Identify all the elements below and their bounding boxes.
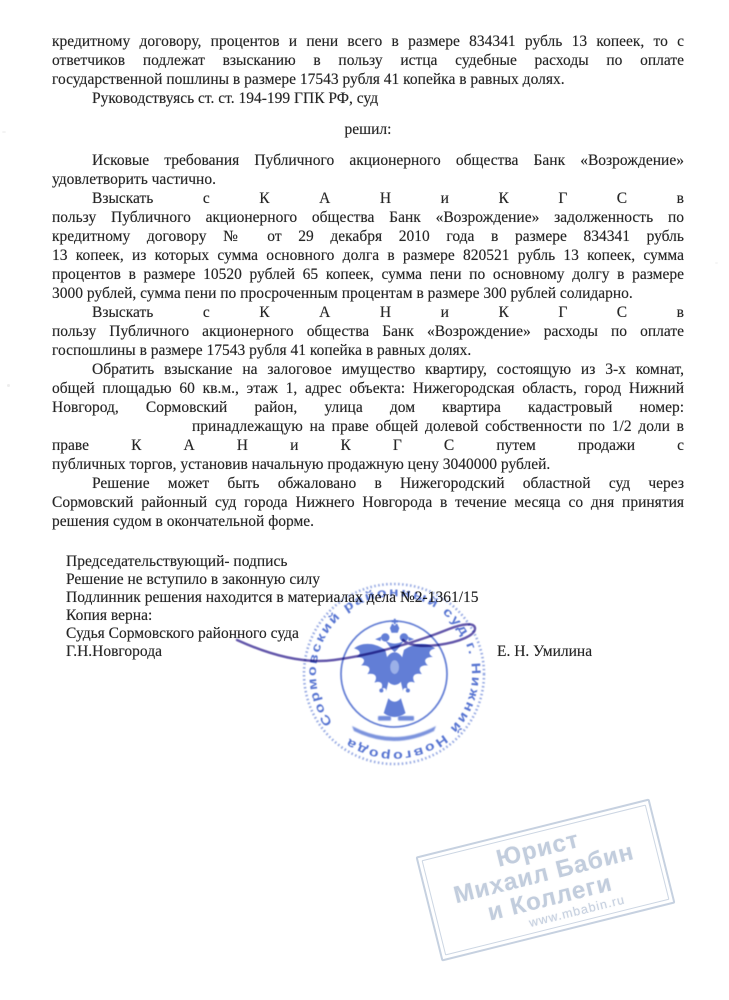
document-line: решил:	[52, 120, 684, 139]
document-line: публичных торгов, установив начальную пр…	[52, 455, 684, 474]
handwritten-signature	[212, 594, 562, 684]
city-label: Г.Н.Новгорода	[66, 643, 162, 660]
document-line: Решение может быть обжаловано в Нижегоро…	[52, 474, 684, 493]
document-line: удовлетворить частично.	[52, 170, 684, 189]
document-line: кредитному договору, процентов и пени вс…	[52, 32, 684, 51]
document-line: госпошлины в размере 17543 рубля 41 копе…	[52, 341, 684, 360]
document-line: праве К А Н и К Г С путем продажи с	[52, 436, 684, 455]
document-line: принадлежащую на праве общей долевой соб…	[52, 417, 684, 436]
document-line: Руководствуясь ст. ст. 194-199 ГПК РФ, с…	[52, 89, 684, 108]
watermark-inner-frame: Юрист Михаил Бабин и Коллеги www.mbabin.…	[422, 805, 670, 956]
document-line: государственной пошлины в размере 17543 …	[52, 70, 684, 89]
document-line: 13 копеек, из которых сумма основного до…	[52, 246, 684, 265]
document-lines: кредитному договору, процентов и пени вс…	[52, 32, 684, 531]
document-line: процентов в размере 10520 рублей 65 копе…	[52, 265, 684, 284]
scan-speck	[2, 131, 6, 133]
document-line: Исковые требования Публичного акционерно…	[52, 151, 684, 170]
presiding-judge-line: Председательствующий- подпись	[66, 553, 684, 571]
document-line: 3000 рублей, сумма пени по просроченным …	[52, 284, 684, 303]
document-line: Взыскать с К А Н и К Г С в	[52, 189, 684, 208]
seal-lower-marks	[352, 716, 436, 741]
document-line: кредитному договору № от 29 декабря 2010…	[52, 227, 684, 246]
document-line: Взыскать с К А Н и К Г С в	[52, 303, 684, 322]
document-line: пользу Публичного акционерного общества …	[52, 208, 684, 227]
lawyer-watermark-stamp: Юрист Михаил Бабин и Коллеги www.mbabin.…	[416, 798, 676, 961]
document-line: общей площадью 60 кв.м., этаж 1, адрес о…	[52, 379, 684, 398]
document-line: Сормовский районный суд города Нижнего Н…	[52, 493, 684, 512]
scanned-court-decision-page: кредитному договору, процентов и пени вс…	[0, 0, 729, 1000]
document-line: ответчиков подлежат взысканию в пользу и…	[52, 51, 684, 70]
document-body: кредитному договору, процентов и пени вс…	[0, 0, 729, 661]
blank-line	[52, 108, 684, 120]
blank-line	[52, 139, 684, 151]
document-line: решения судом в окончательной форме.	[52, 512, 684, 531]
scan-speck	[7, 384, 10, 387]
document-line: Обратить взыскание на залоговое имуществ…	[52, 360, 684, 379]
scan-speck	[715, 262, 718, 264]
document-line: Новгород, Сормовский район, улица дом кв…	[52, 398, 684, 417]
document-line: пользу Публичного акционерного общества …	[52, 322, 684, 341]
